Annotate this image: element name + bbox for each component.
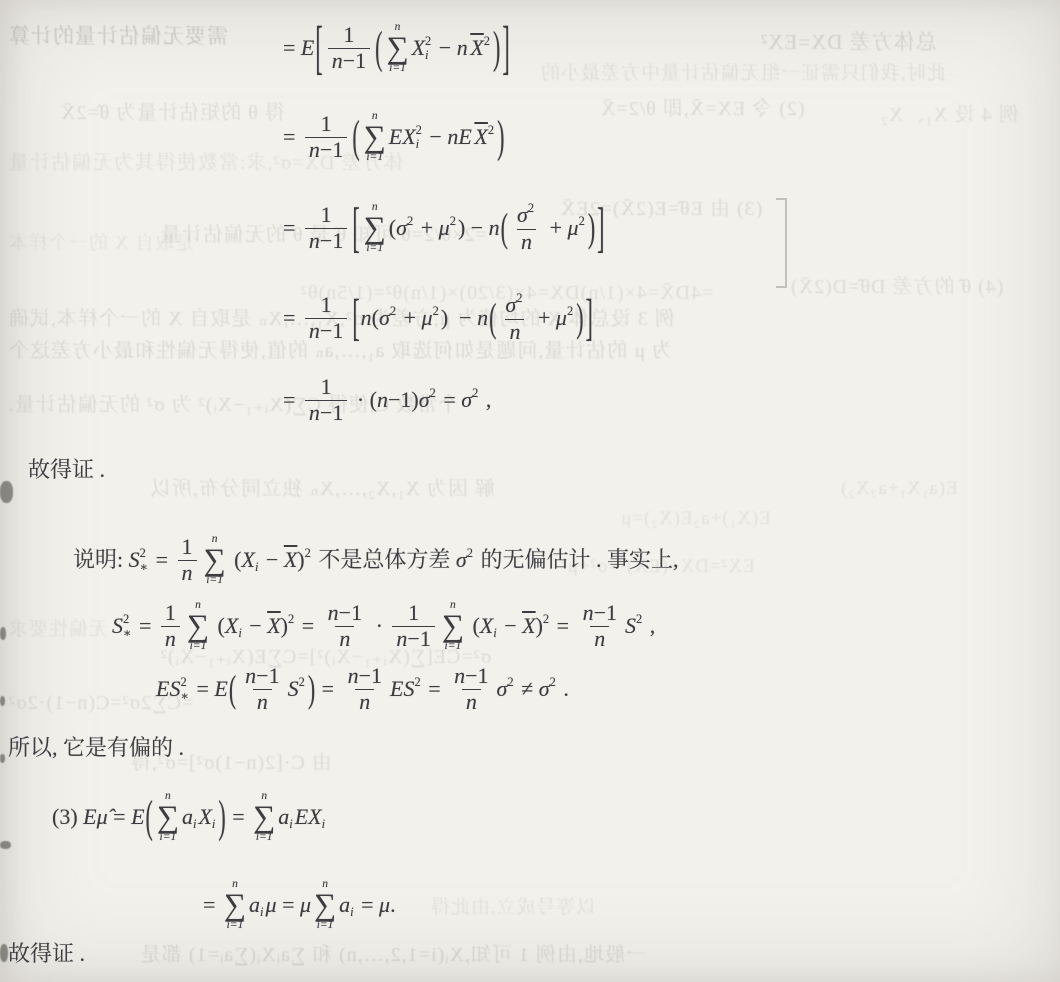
scan-edge-mark: [0, 944, 8, 962]
book-page: 总体方差 DX=EX²需要无偏估计量的计算此时,我们只需证一组无偏估计量中方差最…: [0, 0, 1060, 982]
scan-artifact-layer: [0, 0, 1060, 982]
scan-edge-mark: [0, 696, 5, 706]
scan-edge-mark: [0, 627, 6, 640]
scan-edge-mark: [0, 841, 11, 849]
scan-edge-mark: [0, 754, 5, 763]
scan-edge-mark: [0, 481, 13, 503]
